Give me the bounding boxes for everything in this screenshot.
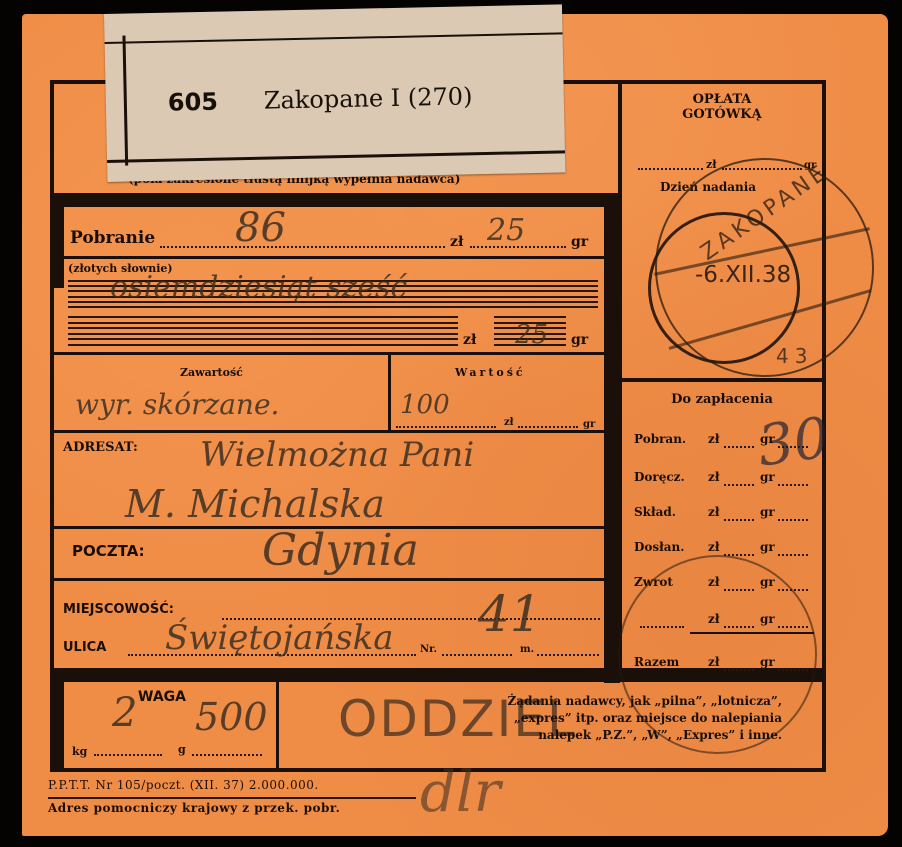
weight-kg-label: kg: [72, 745, 87, 758]
post-office-label: POCZTA:: [72, 542, 145, 560]
thick-box-left: [50, 193, 64, 288]
office-label-slip: 605 Zakopane I (270): [104, 4, 565, 182]
to-pay-row-zl: zł: [708, 505, 719, 519]
to-pay-row-label: Dosłan.: [634, 540, 684, 554]
value-gr-label: gr: [583, 419, 595, 430]
street-m-label: m.: [520, 644, 534, 655]
form-title: Adres pomocniczy krajowy z przek. pobr.: [48, 801, 340, 815]
street-nr-value: 41: [478, 585, 542, 643]
street-m-line: [537, 654, 599, 656]
cod-amount-gr: 25: [487, 213, 525, 248]
value-gr-line: [518, 426, 578, 428]
cod-words-zl-label: zł: [463, 332, 476, 348]
weight-divider: [276, 682, 279, 770]
bottom-box-left: [50, 668, 64, 772]
cod-zl-line: [160, 246, 445, 248]
to-pay-row-gr-line: [778, 519, 808, 521]
to-pay-title: Do zapłacenia: [622, 392, 822, 407]
addressee-line2: M. Michalska: [125, 482, 385, 526]
cod-words-bottom-line: [54, 352, 606, 355]
ruled-line: [68, 306, 598, 308]
cod-words-gr-label: gr: [571, 332, 588, 348]
print-info: P.P.T.T. Nr 105/poczt. (XII. 37) 2.000.0…: [48, 778, 319, 792]
contents-row-line: [54, 430, 606, 433]
street-label: ULICA: [63, 640, 106, 655]
right-column-split: [618, 378, 824, 382]
to-pay-row-zl: zł: [708, 432, 719, 446]
weight-kg-value: 2: [112, 690, 137, 736]
street-nr-line: [442, 654, 512, 656]
to-pay-row-label: Doręcz.: [634, 470, 685, 484]
addressee-line1: Wielmożna Pani: [200, 435, 474, 475]
weight-kg-line: [94, 754, 162, 756]
cod-words-line1: osiemdziesiąt sześć: [110, 270, 407, 305]
ruled-line: [68, 322, 458, 324]
slip-bottom-line: [107, 150, 565, 163]
post-office-row-line: [54, 578, 606, 581]
to-pay-row-zl-line: [724, 484, 754, 486]
frame-left: [50, 80, 54, 770]
ruled-line: [494, 316, 566, 318]
fee-paid-title-line2: GOTÓWKĄ: [622, 107, 822, 122]
ruled-line: [68, 327, 458, 329]
cod-gr-label: gr: [571, 234, 588, 250]
fee-paid-title: OPŁATA GOTÓWKĄ: [622, 92, 822, 122]
thick-box-top: [50, 193, 620, 207]
weight-label: WAGA: [138, 689, 186, 705]
cod-words-gr-value: 25: [515, 320, 548, 350]
to-pay-row-zl: zł: [708, 540, 719, 554]
to-pay-row-zl-line: [724, 519, 754, 521]
street-value: Świętojańska: [165, 618, 394, 658]
to-pay-row-gr: gr: [760, 540, 775, 554]
ruled-line: [68, 344, 458, 346]
weight-g-line: [192, 754, 262, 756]
cod-row-line: [64, 256, 604, 259]
signature: dlr: [420, 760, 501, 825]
slip-left-line: [122, 36, 128, 166]
fee-paid-title-line1: OPŁATA: [622, 92, 822, 107]
to-pay-row-label: Skład.: [634, 505, 676, 519]
value-zl-label: zł: [504, 417, 514, 428]
to-pay-row-zl: zł: [708, 470, 719, 484]
cod-zl-label: zł: [450, 234, 463, 250]
slip-office-name: Zakopane I (270): [264, 82, 473, 114]
contents-value-divider: [388, 355, 391, 431]
to-pay-row-zl-line: [724, 446, 754, 448]
value-zl-line: [396, 426, 496, 428]
value-label: Wartość: [455, 366, 526, 379]
postmark-code: 43: [776, 344, 813, 368]
to-pay-handwritten: 30: [754, 405, 834, 479]
slip-office-number: 605: [168, 88, 219, 117]
ruled-line: [68, 338, 458, 340]
slip-top-line: [105, 32, 563, 44]
cod-label: Pobranie: [70, 228, 155, 248]
to-pay-row-label: Pobran.: [634, 432, 686, 446]
contents-value: wyr. skórzane.: [75, 388, 279, 421]
arrival-postmark: [618, 555, 817, 754]
to-pay-row-gr-line: [778, 554, 808, 556]
cod-amount-zl: 86: [235, 205, 286, 251]
value-amount-zl: 100: [400, 390, 450, 420]
to-pay-row-gr-line: [778, 484, 808, 486]
postmark-date: -6.XII.38: [695, 262, 791, 288]
fee-zl-line: [638, 168, 703, 170]
contents-label: Zawartość: [180, 366, 243, 379]
weight-g-value: 500: [195, 695, 268, 739]
ruled-line: [68, 316, 458, 318]
street-nr-label: Nr.: [420, 644, 437, 655]
ruled-line: [68, 333, 458, 335]
to-pay-row-gr: gr: [760, 505, 775, 519]
footer-divider: [48, 797, 416, 799]
post-office-value: Gdynia: [262, 525, 419, 576]
weight-g-label: g: [178, 743, 186, 756]
locality-label: MIEJSCOWOŚĆ:: [63, 602, 174, 617]
thick-box-right: [604, 193, 620, 683]
addressee-label: ADRESAT:: [63, 440, 138, 455]
